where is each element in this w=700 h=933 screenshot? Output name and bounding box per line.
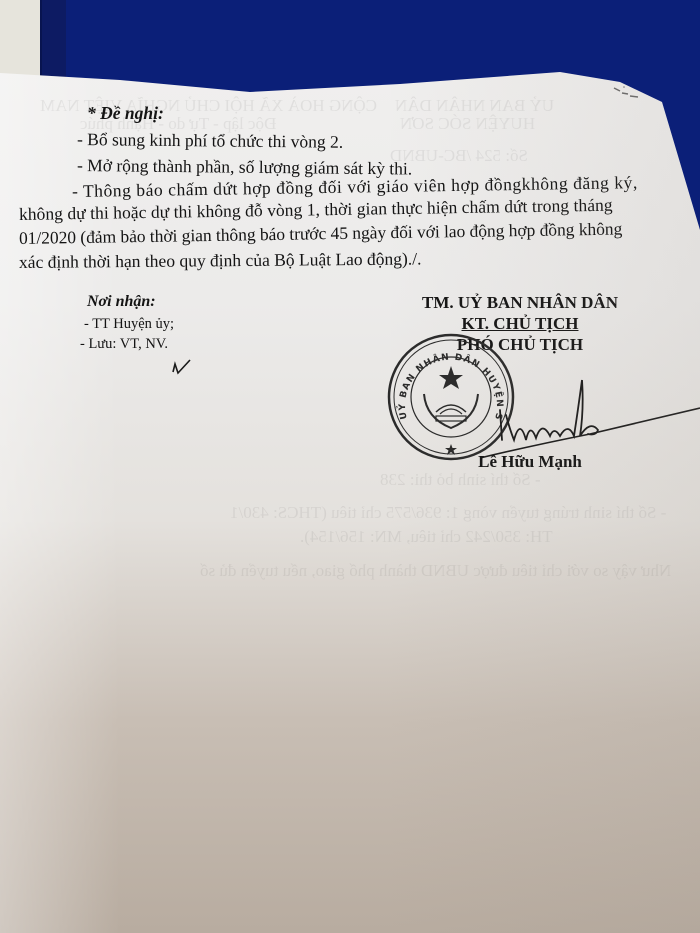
background-surface <box>0 0 42 80</box>
document-page: UỶ BAN NHÂN DÂN HUYỆN SÓC SƠN CỘNG HOÀ X… <box>0 0 700 933</box>
paper-shadow <box>0 0 700 933</box>
folder-edge <box>40 0 66 78</box>
